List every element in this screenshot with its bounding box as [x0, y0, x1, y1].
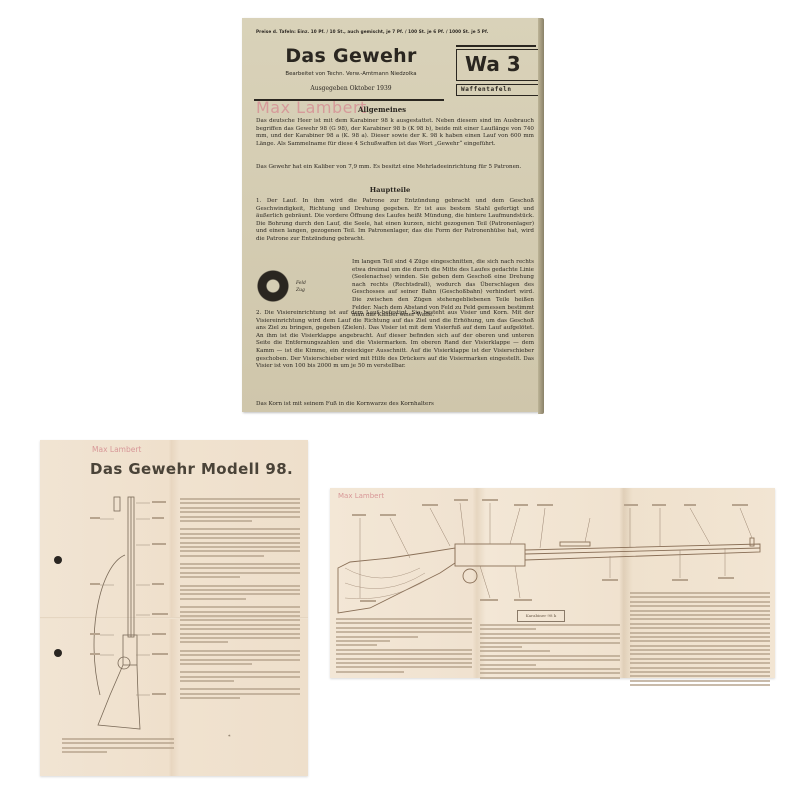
- document-title: Das Gewehr Modell 98.: [90, 460, 293, 478]
- price-line: Preise d. Tafeln: Einz. 10 Pf. / 10 St.,…: [256, 29, 526, 34]
- document-wa3-das-gewehr: Preise d. Tafeln: Einz. 10 Pf. / 10 St.,…: [242, 18, 538, 412]
- paragraph-sights: 2. Die Visiereinrichtung ist auf dem Lau…: [256, 310, 534, 371]
- document-code: Wa 3: [465, 52, 521, 76]
- body-text-middle: [480, 624, 620, 681]
- body-text-column: [180, 498, 300, 702]
- header-rule: [456, 45, 536, 47]
- groove-label-groove: Zug: [296, 288, 305, 293]
- owner-stamp: Max Lambert: [92, 445, 141, 454]
- owner-stamp: Max Lambert: [256, 98, 367, 117]
- series-label: Waffentafeln: [461, 86, 512, 93]
- body-text-left: [336, 618, 472, 675]
- barrel-crosssection-icon: [256, 269, 290, 303]
- groove-label-field: Feld: [296, 281, 306, 286]
- paragraph-intro: Das deutsche Heer ist mit dem Karabiner …: [256, 118, 534, 148]
- document-title: Das Gewehr: [256, 45, 446, 67]
- page-mark: *: [228, 734, 231, 740]
- body-text-right: [630, 592, 770, 689]
- figure-label: Karabiner 98 k: [517, 610, 565, 622]
- paragraph-front-sight: Das Korn ist mit seinem Fuß in die Kornw…: [256, 401, 534, 409]
- diagram-caption: [62, 738, 174, 756]
- paragraph-barrel: 1. Der Lauf. In ihm wird die Patrone zur…: [256, 198, 534, 244]
- punch-hole: [54, 649, 62, 657]
- section-heading-general: Allgemeines: [358, 105, 406, 114]
- document-modell-98: Max Lambert Das Gewehr Modell 98.: [40, 440, 308, 776]
- code-box: Wa 3: [456, 49, 539, 81]
- paragraph-caliber: Das Gewehr hat ein Kaliber von 7,9 mm. E…: [256, 164, 534, 172]
- issue-date: Ausgegeben Oktober 1939: [256, 85, 446, 92]
- document-karabiner-98k: Max Lambert: [330, 488, 775, 678]
- punch-hole: [54, 556, 62, 564]
- section-heading-parts: Hauptteile: [242, 186, 538, 194]
- series-label-box: Waffentafeln: [456, 84, 539, 96]
- rifle-diagram-vertical: [90, 495, 180, 735]
- author-line: Bearbeitet von Techn. Verw.-Amtmann Nied…: [256, 71, 446, 77]
